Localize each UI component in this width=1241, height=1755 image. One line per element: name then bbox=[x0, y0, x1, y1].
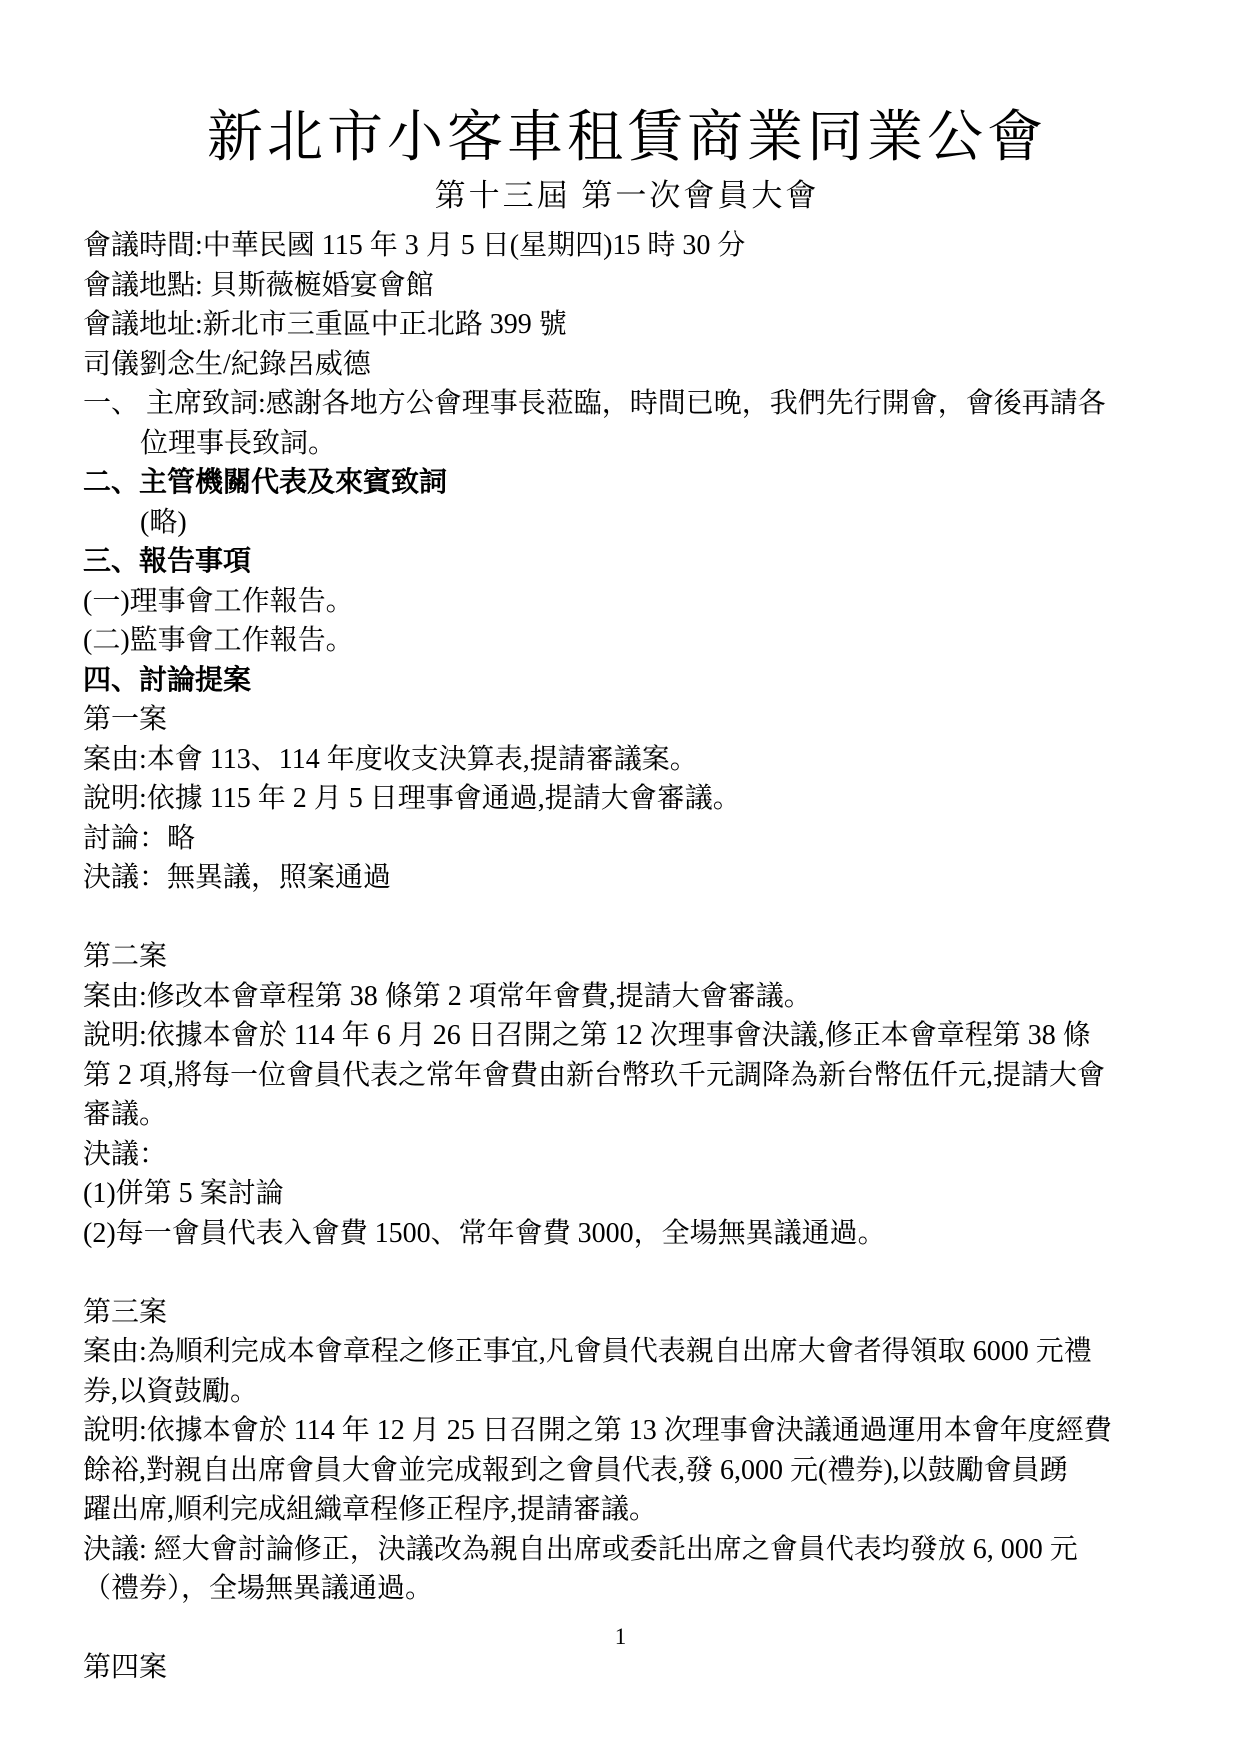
document-page: 新北市小客車租賃商業同業公會 第十三屆 第一次會員大會 會議時間:中華民國 11… bbox=[0, 0, 1241, 1755]
text-line: 案由:修改本會章程第 38 條第 2 項常年會費,提請大會審議。 bbox=[83, 977, 1171, 1017]
text-line: 第四案 bbox=[83, 1648, 1171, 1688]
text-line: 會議時間:中華民國 115 年 3 月 5 日(星期四)15 時 30 分 bbox=[83, 226, 1171, 266]
text-line: 案由:本會 113、114 年度收支決算表,提請審議案。 bbox=[83, 740, 1171, 780]
document-content: 新北市小客車租賃商業同業公會 第十三屆 第一次會員大會 會議時間:中華民國 11… bbox=[0, 0, 1241, 1688]
text-line: 第二案 bbox=[83, 937, 1171, 977]
text-line: 第 2 項,將每一位會員代表之常年會費由新台幣玖千元調降為新台幣伍仟元,提請大會 bbox=[83, 1056, 1171, 1096]
blank-line bbox=[83, 898, 1171, 938]
page-number: 1 bbox=[0, 1622, 1241, 1652]
text-line: 決議： bbox=[83, 1135, 1171, 1175]
text-line: 決議: 經大會討論修正，決議改為親自出席或委託出席之會員代表均發放 6, 000… bbox=[83, 1530, 1171, 1570]
text-line: 躍出席,順利完成組織章程修正程序,提請審議。 bbox=[83, 1490, 1171, 1530]
text-line: (二)監事會工作報告。 bbox=[83, 621, 1171, 661]
text-line: 會議地點: 貝斯薇榳婚宴會館 bbox=[83, 266, 1171, 306]
text-line: 四、討論提案 bbox=[83, 661, 1171, 701]
document-subtitle: 第十三屆 第一次會員大會 bbox=[83, 174, 1171, 218]
text-line: 司儀劉念生/紀錄呂威德 bbox=[83, 345, 1171, 385]
text-line: 說明:依據本會於 114 年 6 月 26 日召開之第 12 次理事會決議,修正… bbox=[83, 1016, 1171, 1056]
text-line: 會議地址:新北市三重區中正北路 399 號 bbox=[83, 305, 1171, 345]
text-line: 券,以資鼓勵。 bbox=[83, 1372, 1171, 1412]
text-line: 案由:為順利完成本會章程之修正事宜,凡會員代表親自出席大會者得領取 6000 元… bbox=[83, 1332, 1171, 1372]
text-line: （禮券），全場無異議通過。 bbox=[83, 1569, 1171, 1609]
text-line: (2)每一會員代表入會費 1500、常年會費 3000，全場無異議通過。 bbox=[83, 1214, 1171, 1254]
text-line: 一、 主席致詞:感謝各地方公會理事長蒞臨，時間已晚，我們先行開會，會後再請各 bbox=[83, 384, 1171, 424]
text-line: 位理事長致詞。 bbox=[83, 424, 1171, 464]
text-line: 第三案 bbox=[83, 1293, 1171, 1333]
text-line: (1)併第 5 案討論 bbox=[83, 1174, 1171, 1214]
text-line: 三、報告事項 bbox=[83, 542, 1171, 582]
text-line: 二、主管機關代表及來賓致詞 bbox=[83, 463, 1171, 503]
text-line: 決議：無異議，照案通過 bbox=[83, 858, 1171, 898]
text-line: (略) bbox=[83, 503, 1171, 543]
text-line: (一)理事會工作報告。 bbox=[83, 582, 1171, 622]
text-line: 討論：略 bbox=[83, 819, 1171, 859]
text-line: 審議。 bbox=[83, 1095, 1171, 1135]
document-lines: 會議時間:中華民國 115 年 3 月 5 日(星期四)15 時 30 分會議地… bbox=[83, 226, 1171, 1688]
document-title: 新北市小客車租賃商業同業公會 bbox=[83, 104, 1171, 172]
blank-line bbox=[83, 1253, 1171, 1293]
text-line: 餘裕,對親自出席會員大會並完成報到之會員代表,發 6,000 元(禮券),以鼓勵… bbox=[83, 1451, 1171, 1491]
text-line: 第一案 bbox=[83, 700, 1171, 740]
text-line: 說明:依據 115 年 2 月 5 日理事會通過,提請大會審議。 bbox=[83, 779, 1171, 819]
text-line: 說明:依據本會於 114 年 12 月 25 日召開之第 13 次理事會決議通過… bbox=[83, 1411, 1171, 1451]
